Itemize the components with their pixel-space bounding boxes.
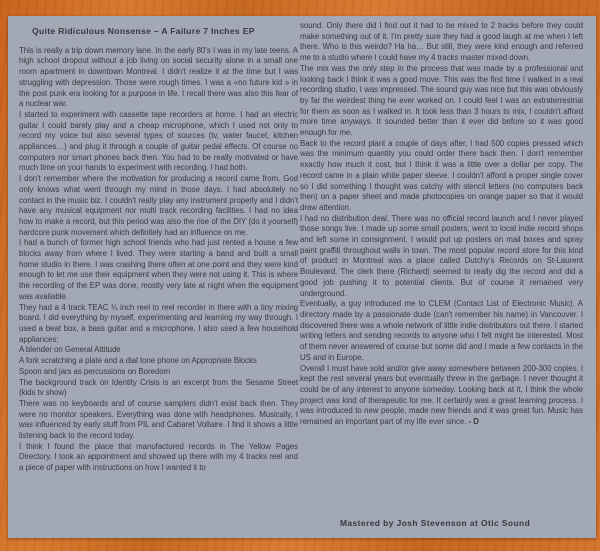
closing-paragraph: Overall I must have sold and/or give awa…	[300, 364, 583, 428]
paragraph: I started to experiment with cassette ta…	[19, 110, 298, 174]
paragraph: I don't remember where the motivation fo…	[19, 174, 298, 238]
paragraph: I had a bunch of former high school frie…	[19, 238, 298, 302]
ep-title: Quite Ridiculous Nonsense – A Failure 7 …	[32, 26, 298, 37]
paragraph: They had a 4 track TEAC ¼ inch reel to r…	[19, 303, 298, 346]
paragraph: I think I found the place that manufactu…	[19, 442, 298, 474]
paragraph: Eventually, a guy introduced me to CLEM …	[300, 299, 583, 363]
paragraph: sound. Only there did I find out it had …	[300, 21, 583, 64]
signature: - D	[466, 417, 479, 426]
liner-notes-sheet: Quite Ridiculous Nonsense – A Failure 7 …	[8, 16, 596, 538]
paragraph: The background track on Identity Crisis …	[19, 378, 298, 399]
appliance-list-item: A blender on General Attitude	[19, 345, 298, 356]
paragraph: Back to the record plant a couple of day…	[300, 139, 583, 214]
left-column: Quite Ridiculous Nonsense – A Failure 7 …	[19, 26, 298, 474]
paragraph: This is really a trip down memory lane. …	[19, 46, 298, 110]
appliance-list-item: Spoon and jars as percussions on Boredom	[19, 367, 298, 378]
closing-text: Overall I must have sold and/or give awa…	[300, 364, 583, 427]
paragraph: There was no keyboards and of course sam…	[19, 399, 298, 442]
paragraph: The mix was the only step in the process…	[300, 64, 583, 139]
right-column: sound. Only there did I find out it had …	[300, 21, 583, 428]
mastered-credit: Mastered by Josh Stevenson at Otic Sound	[340, 518, 530, 528]
appliance-list-item: A fork scratching a plate and a dial ton…	[19, 356, 298, 367]
paragraph: I had no distribution deal. There was no…	[300, 214, 583, 300]
